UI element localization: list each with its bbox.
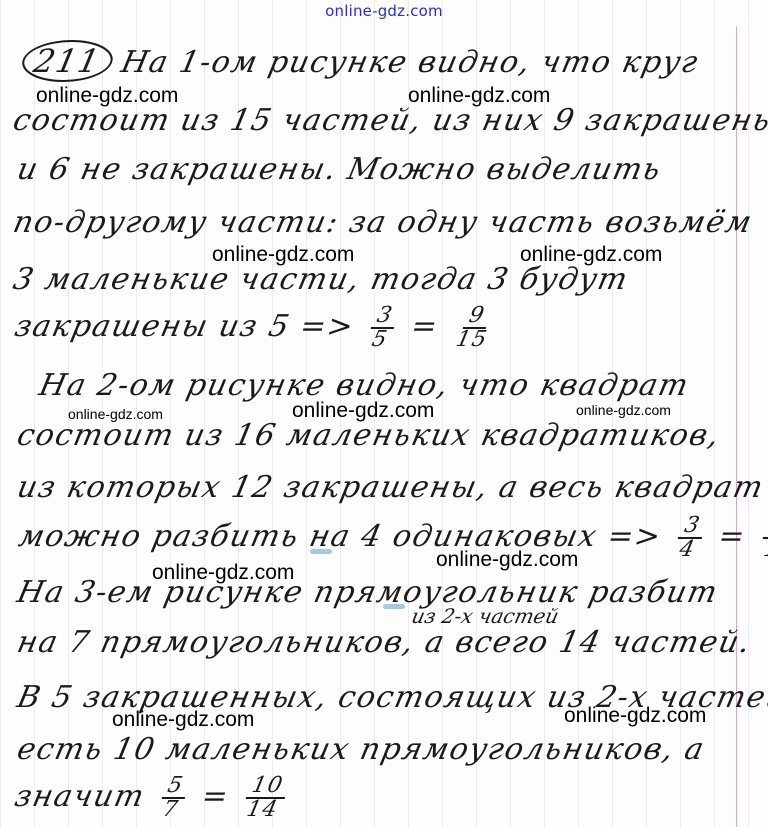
watermark: online-gdz.com bbox=[564, 704, 706, 728]
text-line-4: по-другому части: за одну часть возьмём bbox=[10, 205, 756, 240]
text-line-10: можно разбить на 4 одинаковых => 34 = 12… bbox=[14, 515, 768, 561]
fraction: 1014 bbox=[241, 775, 290, 821]
watermark: online-gdz.com bbox=[212, 243, 354, 267]
text-line-8: состоит из 16 маленьких квадратиков, bbox=[14, 418, 723, 453]
watermark: online-gdz.com bbox=[576, 402, 671, 418]
fraction: 35 bbox=[366, 305, 399, 351]
line-text: На 1-ом рисунке видно, что круг bbox=[118, 45, 702, 80]
line-text: закрашены из 5 => bbox=[11, 309, 357, 344]
watermark: online-gdz.com bbox=[408, 84, 550, 108]
equals-sign: = bbox=[199, 779, 233, 814]
watermark: online-gdz.com bbox=[68, 406, 163, 422]
watermark: online-gdz.com bbox=[36, 84, 178, 108]
equals-sign: = bbox=[408, 309, 442, 344]
text-line-11: На 3-ем рисунке прямоугольник разбит bbox=[14, 575, 722, 610]
text-line-12: на 7 прямоугольников, а всего 14 частей. bbox=[14, 625, 755, 660]
watermark: online-gdz.com bbox=[112, 708, 254, 732]
watermark: online-gdz.com bbox=[292, 399, 434, 423]
text-line-5: 3 маленькие части, тогда 3 будут bbox=[10, 262, 632, 297]
text-line-1: 211На 1-ом рисунке видно, что круг bbox=[18, 40, 703, 82]
problem-number-badge: 211 bbox=[18, 40, 117, 82]
text-line-9: из которых 12 закрашены, а весь квадрат bbox=[14, 470, 767, 505]
fraction: 34 bbox=[673, 515, 706, 561]
line-text: значит bbox=[11, 779, 148, 814]
watermark: online-gdz.com bbox=[152, 561, 294, 585]
ink-smudge bbox=[383, 604, 405, 609]
watermark: online-gdz.com bbox=[436, 548, 578, 572]
fraction: 915 bbox=[450, 305, 499, 351]
text-line-15: значит 57 = 1014 bbox=[10, 775, 296, 821]
ink-smudge bbox=[310, 549, 332, 554]
fraction: 1216 bbox=[758, 515, 768, 561]
top-watermark: online-gdz.com bbox=[0, 2, 768, 20]
text-line-6: закрашены из 5 => 35 = 915 bbox=[10, 305, 505, 351]
text-line-7: На 2-ом рисунке видно, что квадрат bbox=[36, 368, 693, 403]
watermark: online-gdz.com bbox=[520, 243, 662, 267]
text-line-3: и 6 не закрашены. Можно выделить bbox=[14, 152, 665, 187]
text-line-2: состоит из 15 частей, из них 9 закрашены bbox=[10, 103, 768, 138]
equals-sign: = bbox=[715, 519, 749, 554]
fraction: 57 bbox=[157, 775, 190, 821]
text-line-14: есть 10 маленьких прямоугольников, а bbox=[14, 732, 708, 767]
